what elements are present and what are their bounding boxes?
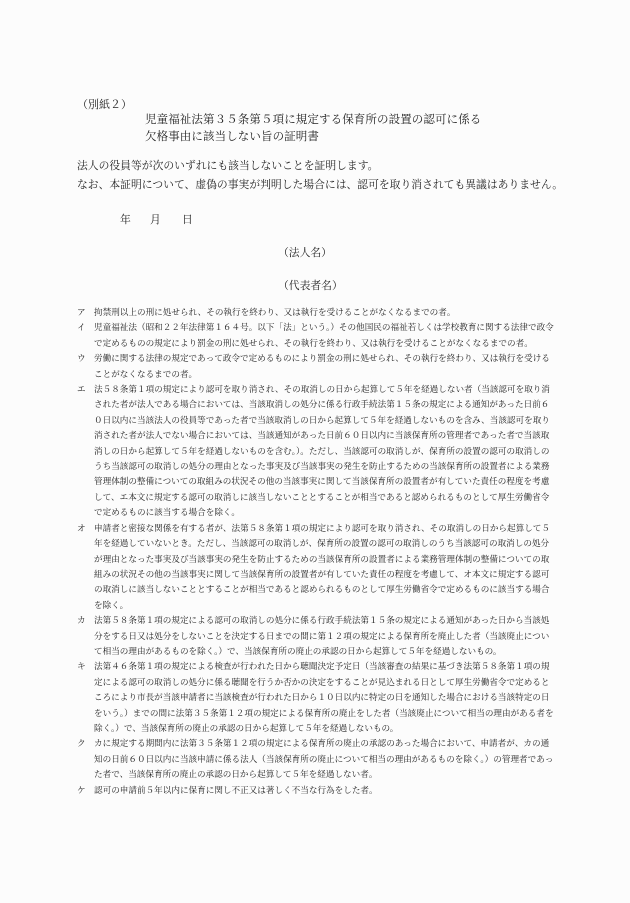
item-text: カに規定する期間内に法第３５条第１２項の規定による保育所の廃止の承認のあった場合… (94, 737, 555, 783)
item-text: 法５８条第１項の規定により認可を取り消され、その取消しの日から起算して５年を経過… (94, 383, 555, 522)
item-mark: キ (77, 660, 94, 737)
list-item-o: オ 申請者と密接な関係を有する者が、法第５８条第１項の規定により認可を取り消され… (77, 522, 555, 614)
list-item-ka: カ 法第５８条第１項の規定による認可の取消しの処分に係る行政手続法第１５条の規定… (77, 614, 555, 660)
item-mark: カ (77, 614, 94, 660)
intro-statement: 法人の役員等が次のいずれにも該当しないことを証明します。 (77, 158, 378, 173)
list-item-a: ア 拘禁刑以上の刑に処せられ、その執行を終わり、又は執行を受けることがなくなるま… (77, 306, 555, 321)
item-mark: ケ (77, 784, 94, 799)
list-item-ki: キ 法第４６条第１項の規定による検査が行われた日から聴聞決定予定日（当該審査の結… (77, 660, 555, 737)
date-day-label: 日 (182, 212, 193, 227)
representative-name-label: （代表者名） (278, 278, 343, 293)
date-month-label: 月 (150, 212, 161, 227)
list-item-e: エ 法５８条第１項の規定により認可を取り消され、その取消しの日から起算して５年を… (77, 383, 555, 522)
item-text: 法第５８条第１項の規定による認可の取消しの処分に係る行政手続法第１５条の規定によ… (94, 614, 555, 660)
disqualification-items-list: ア 拘禁刑以上の刑に処せられ、その執行を終わり、又は執行を受けることがなくなるま… (77, 306, 555, 799)
item-text: 申請者と密接な関係を有する者が、法第５８条第１項の規定により認可を取り消され、そ… (94, 522, 555, 614)
document-title-line-1: 児童福祉法第３５条第５項に規定する保育所の設置の認可に係る (145, 111, 481, 127)
item-mark: エ (77, 383, 94, 522)
attachment-label: （別紙２） (77, 96, 132, 112)
document-title-line-2: 欠格事由に該当しない旨の証明書 (145, 128, 319, 144)
item-text: 児童福祉法（昭和２２年法律第１６４号。以下「法」という。）その他国民の福祉若しく… (94, 321, 555, 352)
item-mark: ア (77, 306, 94, 321)
intro-disclaimer: なお、本証明について、虚偽の事実が判明した場合には、認可を取り消されても異議はあ… (77, 177, 563, 192)
item-mark: イ (77, 321, 94, 352)
item-mark: ウ (77, 352, 94, 383)
item-text: 拘禁刑以上の刑に処せられ、その執行を終わり、又は執行を受けることがなくなるまでの… (94, 306, 555, 321)
list-item-ke: ケ 認可の申請前５年以内に保育に関し不正又は著しく不当な行為をした者。 (77, 784, 555, 799)
item-text: 法第４６条第１項の規定による検査が行われた日から聴聞決定予定日（当該審査の結果に… (94, 660, 555, 737)
item-text: 認可の申請前５年以内に保育に関し不正又は著しく不当な行為をした者。 (94, 784, 555, 799)
document-page: （別紙２） 児童福祉法第３５条第５項に規定する保育所の設置の認可に係る 欠格事由… (0, 0, 630, 903)
item-mark: オ (77, 522, 94, 614)
date-year-label: 年 (120, 212, 131, 227)
list-item-u: ウ 労働に関する法律の規定であって政令で定めるものにより罰金の刑に処せられ、その… (77, 352, 555, 383)
item-mark: ク (77, 737, 94, 783)
corporation-name-label: （法人名） (278, 245, 332, 260)
list-item-ku: ク カに規定する期間内に法第３５条第１２項の規定による保育所の廃止の承認のあった… (77, 737, 555, 783)
item-text: 労働に関する法律の規定であって政令で定めるものにより罰金の刑に処せられ、その執行… (94, 352, 555, 383)
list-item-i: イ 児童福祉法（昭和２２年法律第１６４号。以下「法」という。）その他国民の福祉若… (77, 321, 555, 352)
